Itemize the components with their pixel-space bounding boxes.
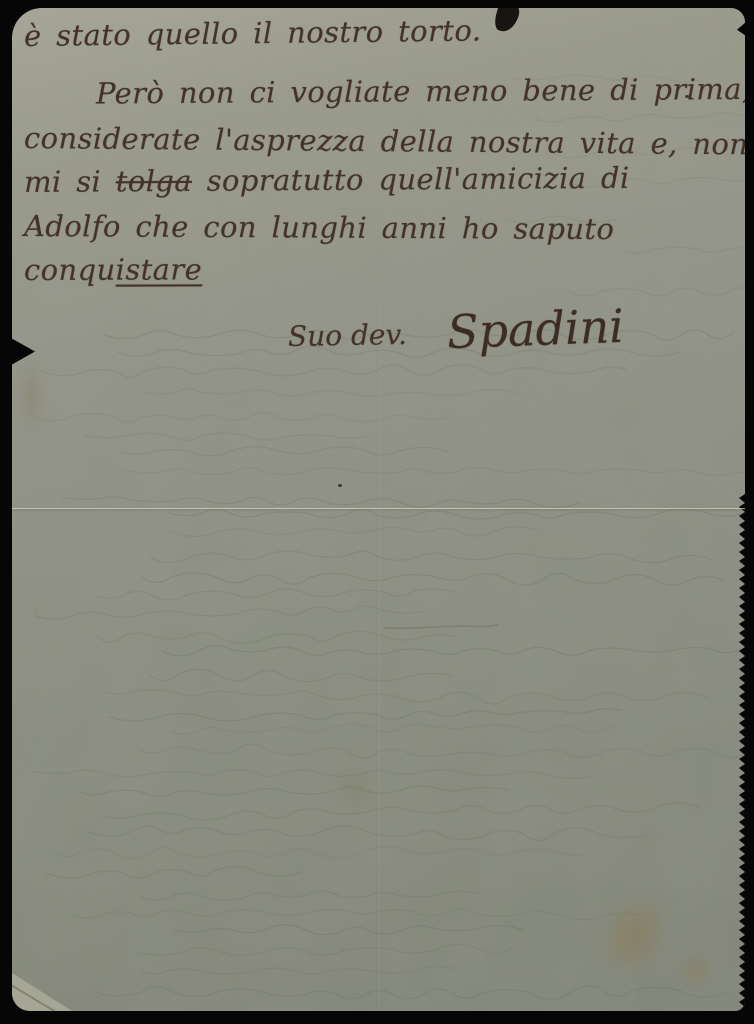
letter-segment-underline: istare xyxy=(116,252,203,286)
letter-segment: conqu xyxy=(24,253,116,287)
letter-segment: Adolfo che con lunghi anni ho saputo xyxy=(24,209,615,246)
closing-valediction: Suo dev. xyxy=(288,318,407,353)
letter-paper: è stato quello il nostro torto.Però non … xyxy=(12,8,745,1011)
letter-line: conquistare xyxy=(24,246,739,292)
letter-line: mi si tolga sopratutto quell'amicizia di xyxy=(24,155,739,204)
stain-small xyxy=(672,943,720,995)
letter-line: Però non ci vogliate meno bene di prima, xyxy=(24,67,739,116)
vertical-fold-crease xyxy=(377,300,379,1011)
scanned-letter-frame: è stato quello il nostro torto.Però non … xyxy=(0,0,754,1024)
letter-segment: sopratutto quell'amicizia di xyxy=(192,161,630,198)
letter-line: è stato quello il nostro torto. xyxy=(24,8,739,58)
stain-left-edge xyxy=(14,348,48,443)
letter-closing: Suo dev. Spadini xyxy=(288,302,624,356)
letter-line: Adolfo che con lunghi anni ho saputo xyxy=(24,204,739,252)
signature-spadini: Spadini xyxy=(446,299,625,359)
letter-body: è stato quello il nostro torto.Però non … xyxy=(24,14,739,292)
letter-segment: Però non ci vogliate meno bene di prima, xyxy=(96,72,745,111)
letter-segment-strike: tolga xyxy=(116,164,192,199)
perforated-right-edge xyxy=(739,494,745,1011)
stain-faint xyxy=(324,763,384,815)
letter-segment: è stato quello il nostro torto. xyxy=(24,13,482,53)
letter-segment: mi si xyxy=(24,164,116,199)
ink-speck xyxy=(338,484,342,487)
